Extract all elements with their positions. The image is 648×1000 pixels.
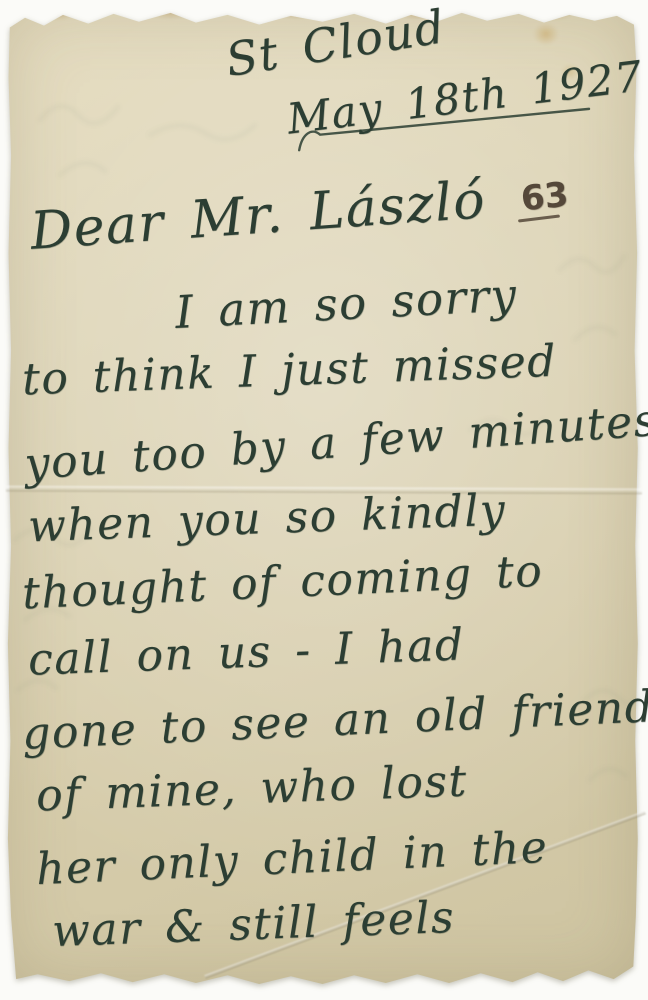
archive-number: 63: [519, 175, 570, 220]
ink-stain: [530, 20, 562, 48]
scanned-letter: St Cloud May 18th 1927. 63 Dear Mr. Lász…: [0, 0, 648, 1000]
